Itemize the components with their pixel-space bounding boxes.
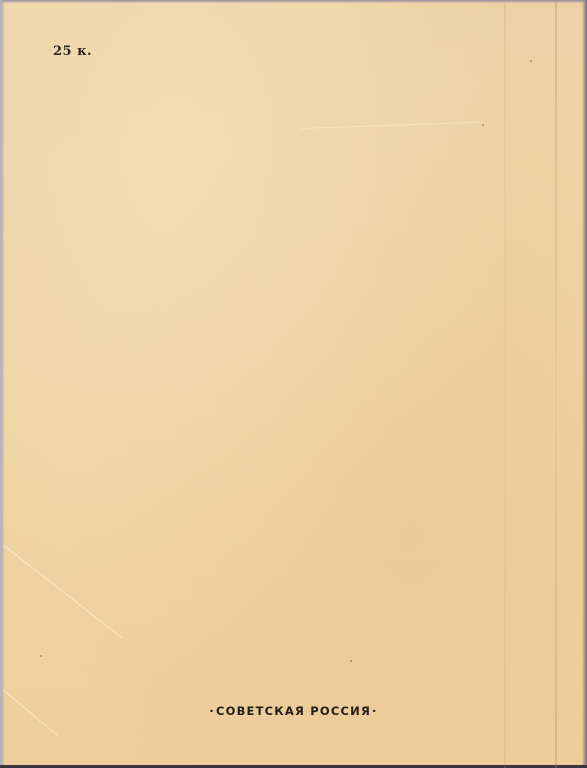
cover-top-edge (0, 0, 587, 3)
cover-right-edge (582, 0, 587, 768)
paper-speck (350, 660, 352, 662)
paper-speck (530, 60, 532, 62)
spine-fold-line (504, 0, 506, 768)
paper-speck (482, 124, 484, 126)
paper-crease (300, 122, 480, 129)
publisher-imprint: ·СОВЕТСКАЯ РОССИЯ· (0, 704, 587, 718)
spine-fold-line (555, 0, 557, 768)
separator-dot: · (208, 704, 216, 718)
price-label: 25 к. (53, 44, 92, 59)
book-back-cover: 25 к. ·СОВЕТСКАЯ РОССИЯ· (0, 0, 587, 768)
separator-dot: · (371, 704, 379, 718)
paper-crease (3, 545, 122, 638)
paper-speck (40, 655, 42, 657)
cover-left-edge (0, 0, 4, 768)
publisher-name: СОВЕТСКАЯ РОССИЯ (216, 704, 371, 718)
